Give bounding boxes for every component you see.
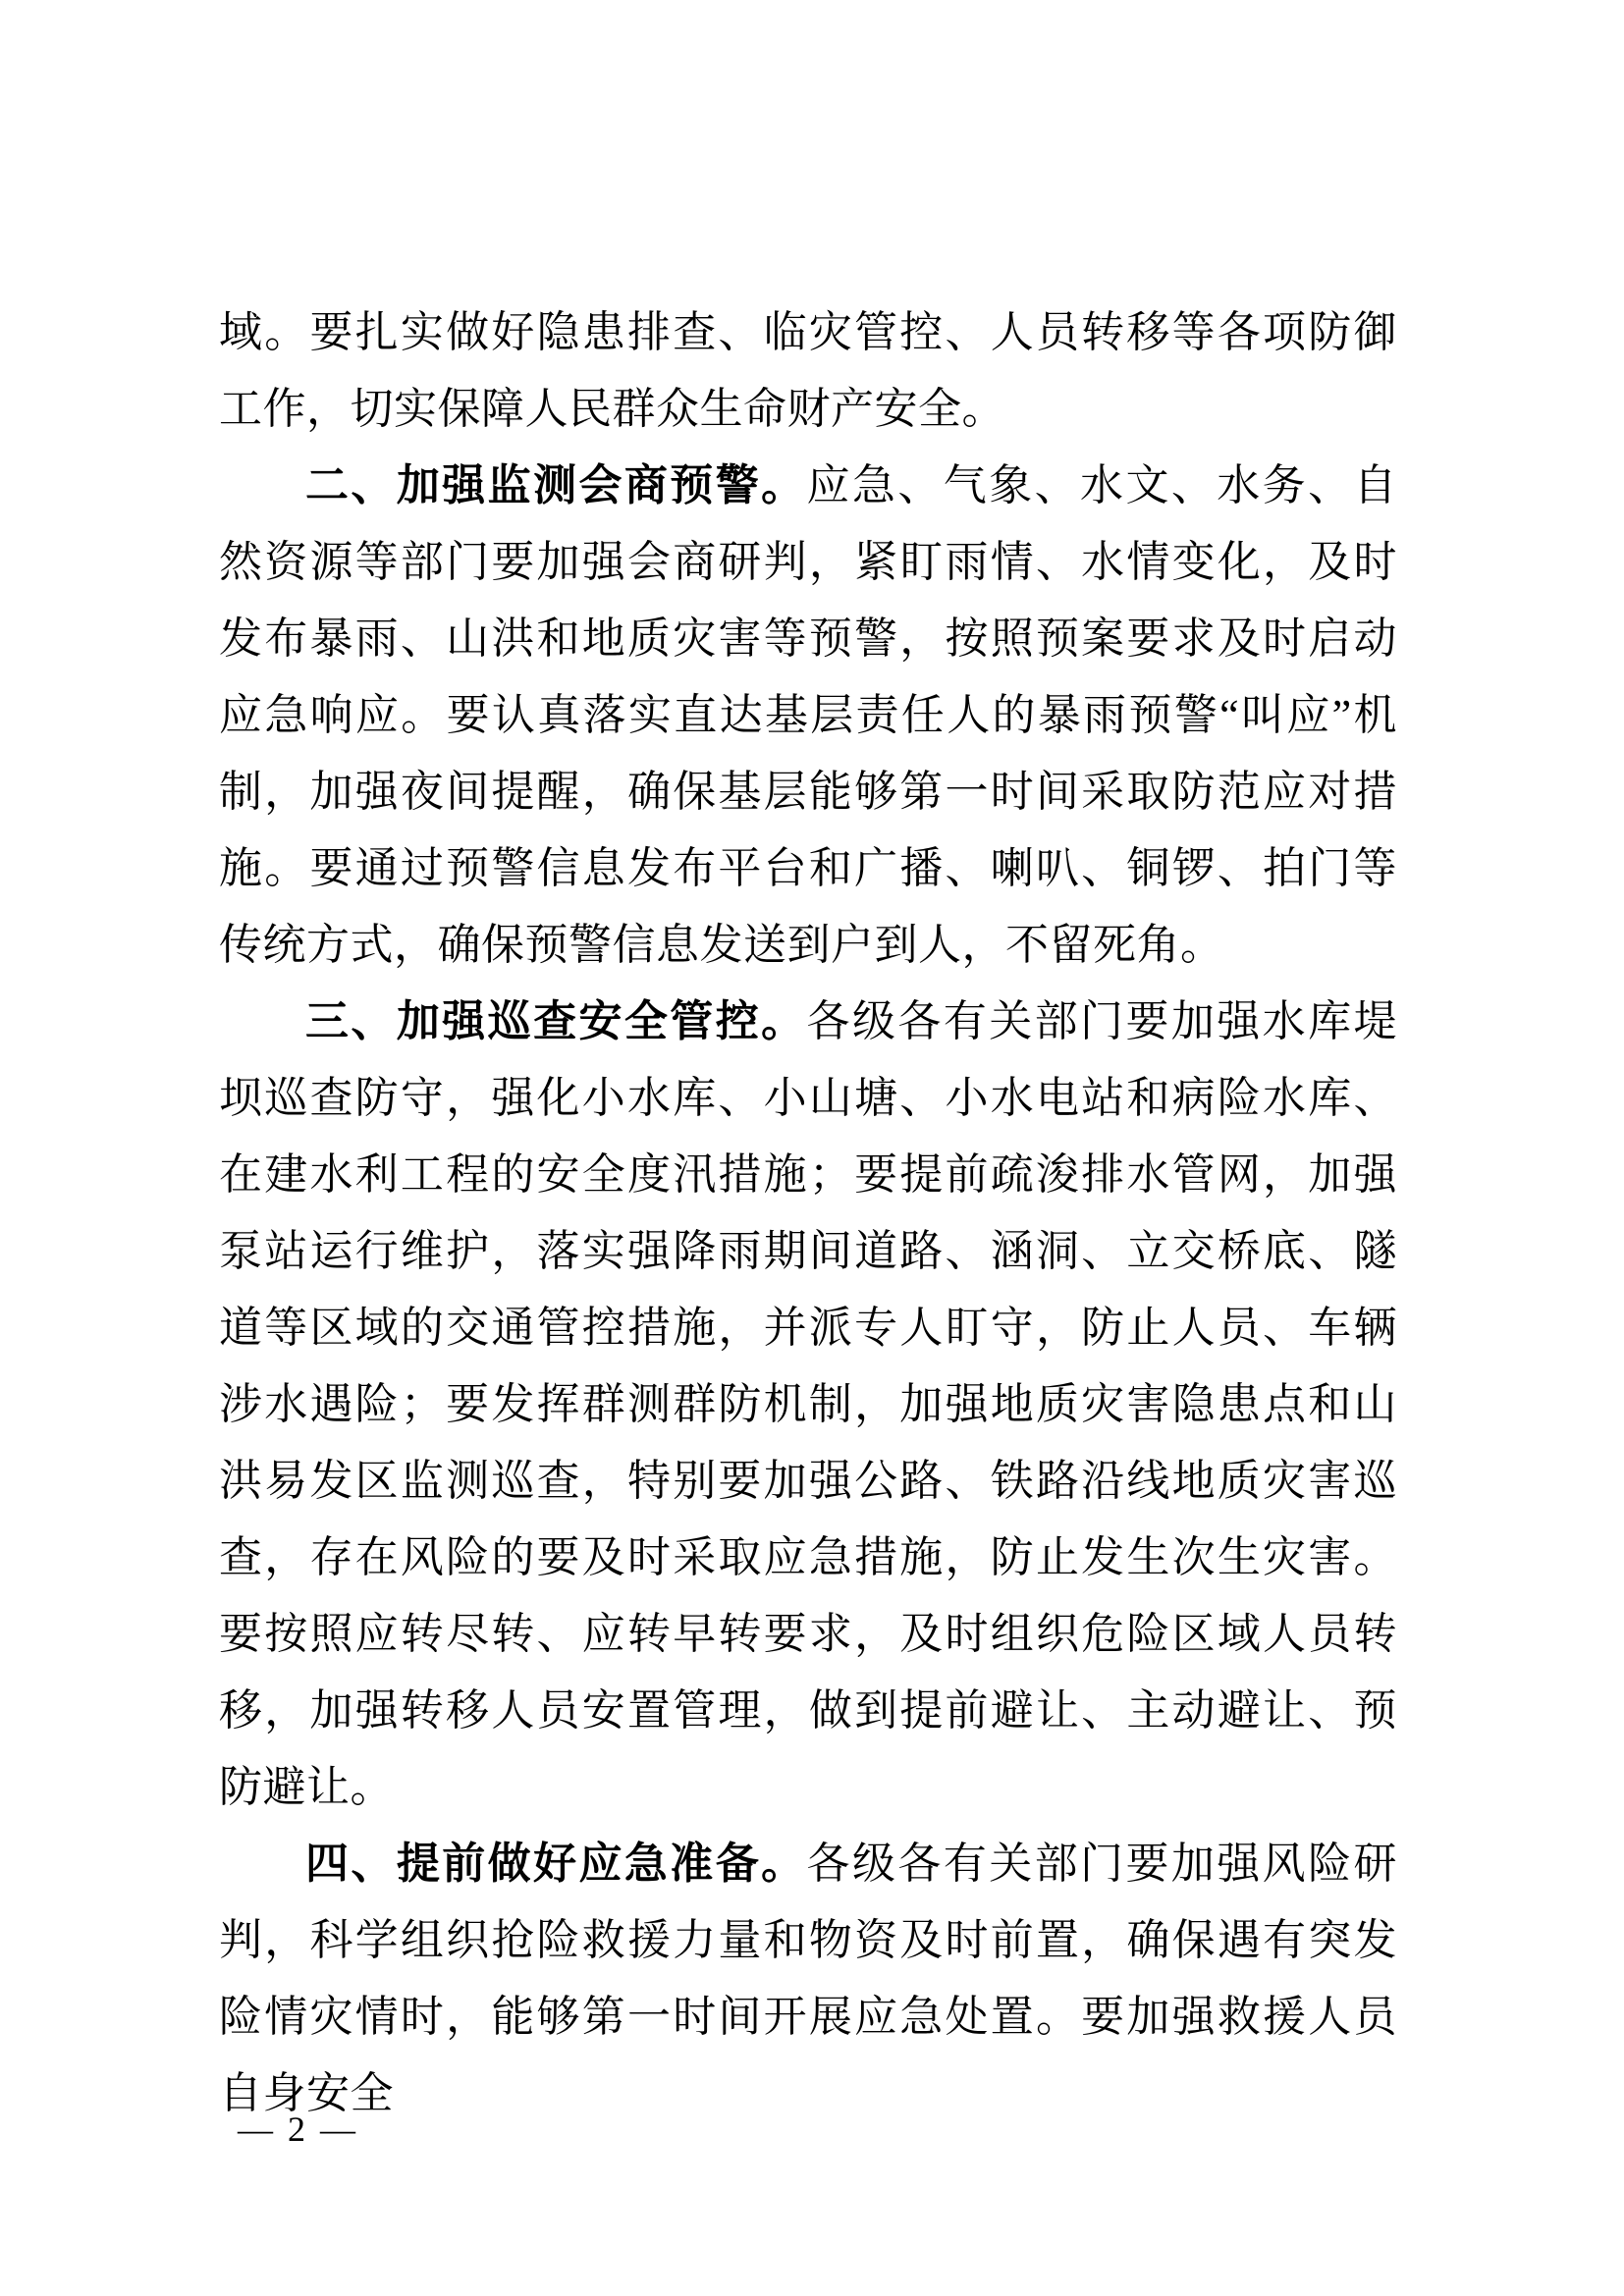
paragraph: 域。要扎实做好隐患排查、临灾管控、人员转移等各项防御工作，切实保障人民群众生命财… xyxy=(219,294,1397,448)
paragraph-text: 域。要扎实做好隐患排查、临灾管控、人员转移等各项防御工作，切实保障人民群众生命财… xyxy=(219,308,1397,433)
document-body: 域。要扎实做好隐患排查、临灾管控、人员转移等各项防御工作，切实保障人民群众生命财… xyxy=(219,294,1397,2132)
paragraph-heading: 二、加强监测会商预警。 xyxy=(305,461,807,509)
page-number: — 2 — xyxy=(238,2109,358,2150)
document-page: 域。要扎实做好隐患排查、临灾管控、人员转移等各项防御工作，切实保障人民群众生命财… xyxy=(0,0,1624,2296)
paragraph-heading: 四、提前做好应急准备。 xyxy=(305,1840,807,1888)
paragraph-heading: 三、加强巡查安全管控。 xyxy=(305,997,807,1045)
paragraph-text: 应急、气象、水文、水务、自然资源等部门要加强会商研判，紧盯雨情、水情变化，及时发… xyxy=(219,461,1397,969)
paragraph: 二、加强监测会商预警。应急、气象、水文、水务、自然资源等部门要加强会商研判，紧盯… xyxy=(219,448,1397,984)
paragraph-text: 各级各有关部门要加强水库堤坝巡查防守，强化小水库、小山塘、小水电站和病险水库、在… xyxy=(219,997,1397,1811)
paragraph: 四、提前做好应急准备。各级各有关部门要加强风险研判，科学组织抢险救援力量和物资及… xyxy=(219,1826,1397,2132)
paragraph: 三、加强巡查安全管控。各级各有关部门要加强水库堤坝巡查防守，强化小水库、小山塘、… xyxy=(219,984,1397,1826)
